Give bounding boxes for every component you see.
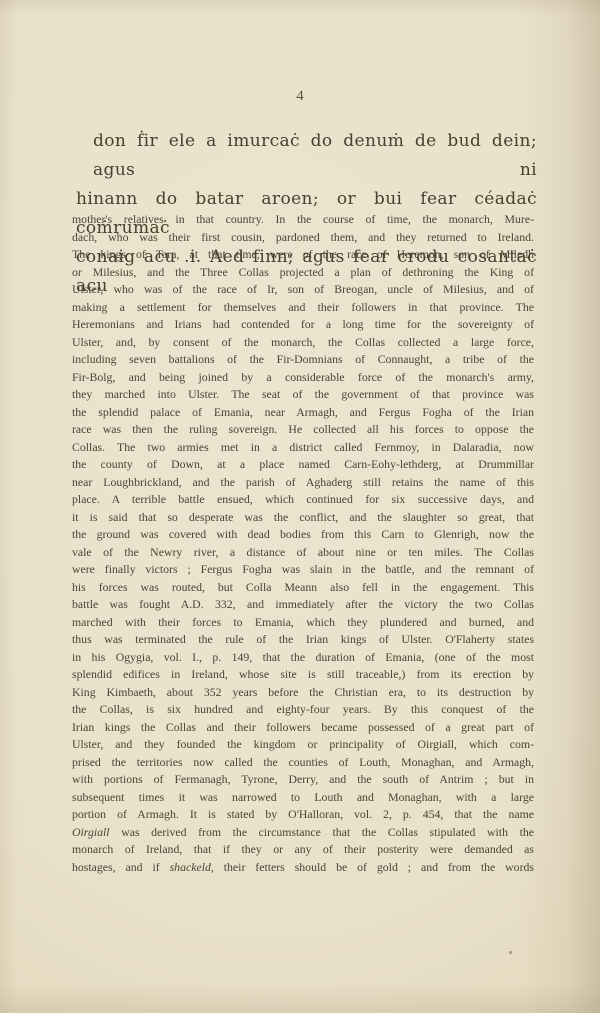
italic-text-segment: shackeld xyxy=(170,860,211,874)
text-segment: place. A terrible battle ensued, which c… xyxy=(72,492,534,506)
text-line: the Collas, is six hundred and eighty-fo… xyxy=(72,701,534,719)
text-line: making a settlement for themselves and t… xyxy=(72,299,534,317)
body-paragraph: mother's relatives in that country. In t… xyxy=(72,211,534,876)
text-segment: Ulster, and, by consent of the monarch, … xyxy=(72,335,534,349)
text-segment: monarch of Ireland, that if they or any … xyxy=(72,842,534,856)
text-line: Collas. The two armies met in a district… xyxy=(72,439,534,457)
text-segment: splendid edifices in Ireland, whose site… xyxy=(72,667,534,681)
text-segment: , their fetters should be of gold ; and … xyxy=(211,860,534,874)
text-segment: The kings of Tara, at that time, were of… xyxy=(72,247,534,261)
book-page: 4 don ḟir ele a imurcaċ do denuṁ de bud … xyxy=(0,0,600,1013)
text-line: King Kimbaeth, about 352 years before th… xyxy=(72,684,534,702)
text-line: including seven battalions of the Fir-Do… xyxy=(72,351,534,369)
text-line: race was then the ruling sovereign. He c… xyxy=(72,421,534,439)
text-segment: dach, who was their first cousin, pardon… xyxy=(72,230,534,244)
text-segment: with portions of Fermanagh, Tyrone, Derr… xyxy=(72,772,534,786)
text-line: Ulster, and, by consent of the monarch, … xyxy=(72,334,534,352)
text-line: were finally victors ; Fergus Fogha was … xyxy=(72,561,534,579)
text-segment: subsequent times it was narrowed to Lout… xyxy=(72,790,534,804)
text-segment: it is said that so desperate was the con… xyxy=(72,510,534,524)
text-line: with portions of Fermanagh, Tyrone, Derr… xyxy=(72,771,534,789)
text-segment: Heremonians and Irians had contended for… xyxy=(72,317,534,331)
text-segment: mother's relatives in that country. In t… xyxy=(72,212,534,226)
text-segment: Collas. The two armies met in a district… xyxy=(72,440,534,454)
text-line: they marched into Ulster. The seat of th… xyxy=(72,386,534,404)
text-segment: the county of Down, at a place named Car… xyxy=(72,457,534,471)
gaelic-line: don ḟir ele a imurcaċ do denuṁ de bud de… xyxy=(76,127,537,185)
text-segment: race was then the ruling sovereign. He c… xyxy=(72,422,534,436)
text-line: battle was fought A.D. 332, and immediat… xyxy=(72,596,534,614)
text-line: mother's relatives in that country. In t… xyxy=(72,211,534,229)
text-segment: vale of the Newry river, a distance of a… xyxy=(72,545,534,559)
text-line: Irian kings the Collas and their followe… xyxy=(72,719,534,737)
text-line: portion of Armagh. It is stated by O'Hal… xyxy=(72,806,534,824)
text-line: near Loughbrickland, and the parish of A… xyxy=(72,474,534,492)
text-line: the county of Down, at a place named Car… xyxy=(72,456,534,474)
text-segment: his forces was routed, but Colla Meann a… xyxy=(72,580,534,594)
text-segment: the Collas, is six hundred and eighty-fo… xyxy=(72,702,534,716)
text-segment: thus was terminated the rule of the Iria… xyxy=(72,632,534,646)
text-line: it is said that so desperate was the con… xyxy=(72,509,534,527)
scan-speck xyxy=(509,951,512,954)
text-segment: marched with their forces to Emania, whi… xyxy=(72,615,534,629)
text-segment: hostages, and if xyxy=(72,860,170,874)
page-number: 4 xyxy=(0,88,600,105)
text-segment: in his Ogygia, vol. I., p. 149, that the… xyxy=(72,650,534,664)
text-line: place. A terrible battle ensued, which c… xyxy=(72,491,534,509)
text-segment: the ground was covered with dead bodies … xyxy=(72,527,534,541)
text-line: Heremonians and Irians had contended for… xyxy=(72,316,534,334)
text-line: marched with their forces to Emania, whi… xyxy=(72,614,534,632)
text-line: Oirgiall was derived from the circumstan… xyxy=(72,824,534,842)
text-segment: Irian kings the Collas and their followe… xyxy=(72,720,534,734)
text-segment: was derived from the circumstance that t… xyxy=(110,825,534,839)
text-line: hostages, and if shackeld, their fetters… xyxy=(72,859,534,877)
text-line: the splendid palace of Emania, near Arma… xyxy=(72,404,534,422)
text-line: dach, who was their first cousin, pardon… xyxy=(72,229,534,247)
text-segment: they marched into Ulster. The seat of th… xyxy=(72,387,534,401)
text-segment: near Loughbrickland, and the parish of A… xyxy=(72,475,534,489)
text-segment: Ulster, who was of the race of Ir, son o… xyxy=(72,282,534,296)
text-segment: Ulster, and they founded the kingdom or … xyxy=(72,737,534,751)
text-line: Fir-Bolg, and being joined by a consider… xyxy=(72,369,534,387)
italic-text-segment: Oirgiall xyxy=(72,825,110,839)
text-line: splendid edifices in Ireland, whose site… xyxy=(72,666,534,684)
text-line: vale of the Newry river, a distance of a… xyxy=(72,544,534,562)
text-segment: were finally victors ; Fergus Fogha was … xyxy=(72,562,534,576)
text-segment: making a settlement for themselves and t… xyxy=(72,300,534,314)
text-line: his forces was routed, but Colla Meann a… xyxy=(72,579,534,597)
text-line: Ulster, who was of the race of Ir, son o… xyxy=(72,281,534,299)
text-segment: King Kimbaeth, about 352 years before th… xyxy=(72,685,534,699)
text-line: The kings of Tara, at that time, were of… xyxy=(72,246,534,264)
text-segment: Fir-Bolg, and being joined by a consider… xyxy=(72,370,534,384)
text-segment: including seven battalions of the Fir-Do… xyxy=(72,352,534,366)
text-line: or Milesius, and the Three Collas projec… xyxy=(72,264,534,282)
text-segment: prised the territories now called the co… xyxy=(72,755,534,769)
text-line: monarch of Ireland, that if they or any … xyxy=(72,841,534,859)
text-segment: don ḟir ele a imurcaċ do denuṁ de bud de… xyxy=(93,131,537,180)
text-line: prised the territories now called the co… xyxy=(72,754,534,772)
text-line: subsequent times it was narrowed to Lout… xyxy=(72,789,534,807)
text-segment: or Milesius, and the Three Collas projec… xyxy=(72,265,534,279)
text-line: Ulster, and they founded the kingdom or … xyxy=(72,736,534,754)
text-segment: portion of Armagh. It is stated by O'Hal… xyxy=(72,807,534,821)
text-segment: the splendid palace of Emania, near Arma… xyxy=(72,405,534,419)
text-line: the ground was covered with dead bodies … xyxy=(72,526,534,544)
text-line: thus was terminated the rule of the Iria… xyxy=(72,631,534,649)
text-segment: battle was fought A.D. 332, and immediat… xyxy=(72,597,534,611)
text-line: in his Ogygia, vol. I., p. 149, that the… xyxy=(72,649,534,667)
